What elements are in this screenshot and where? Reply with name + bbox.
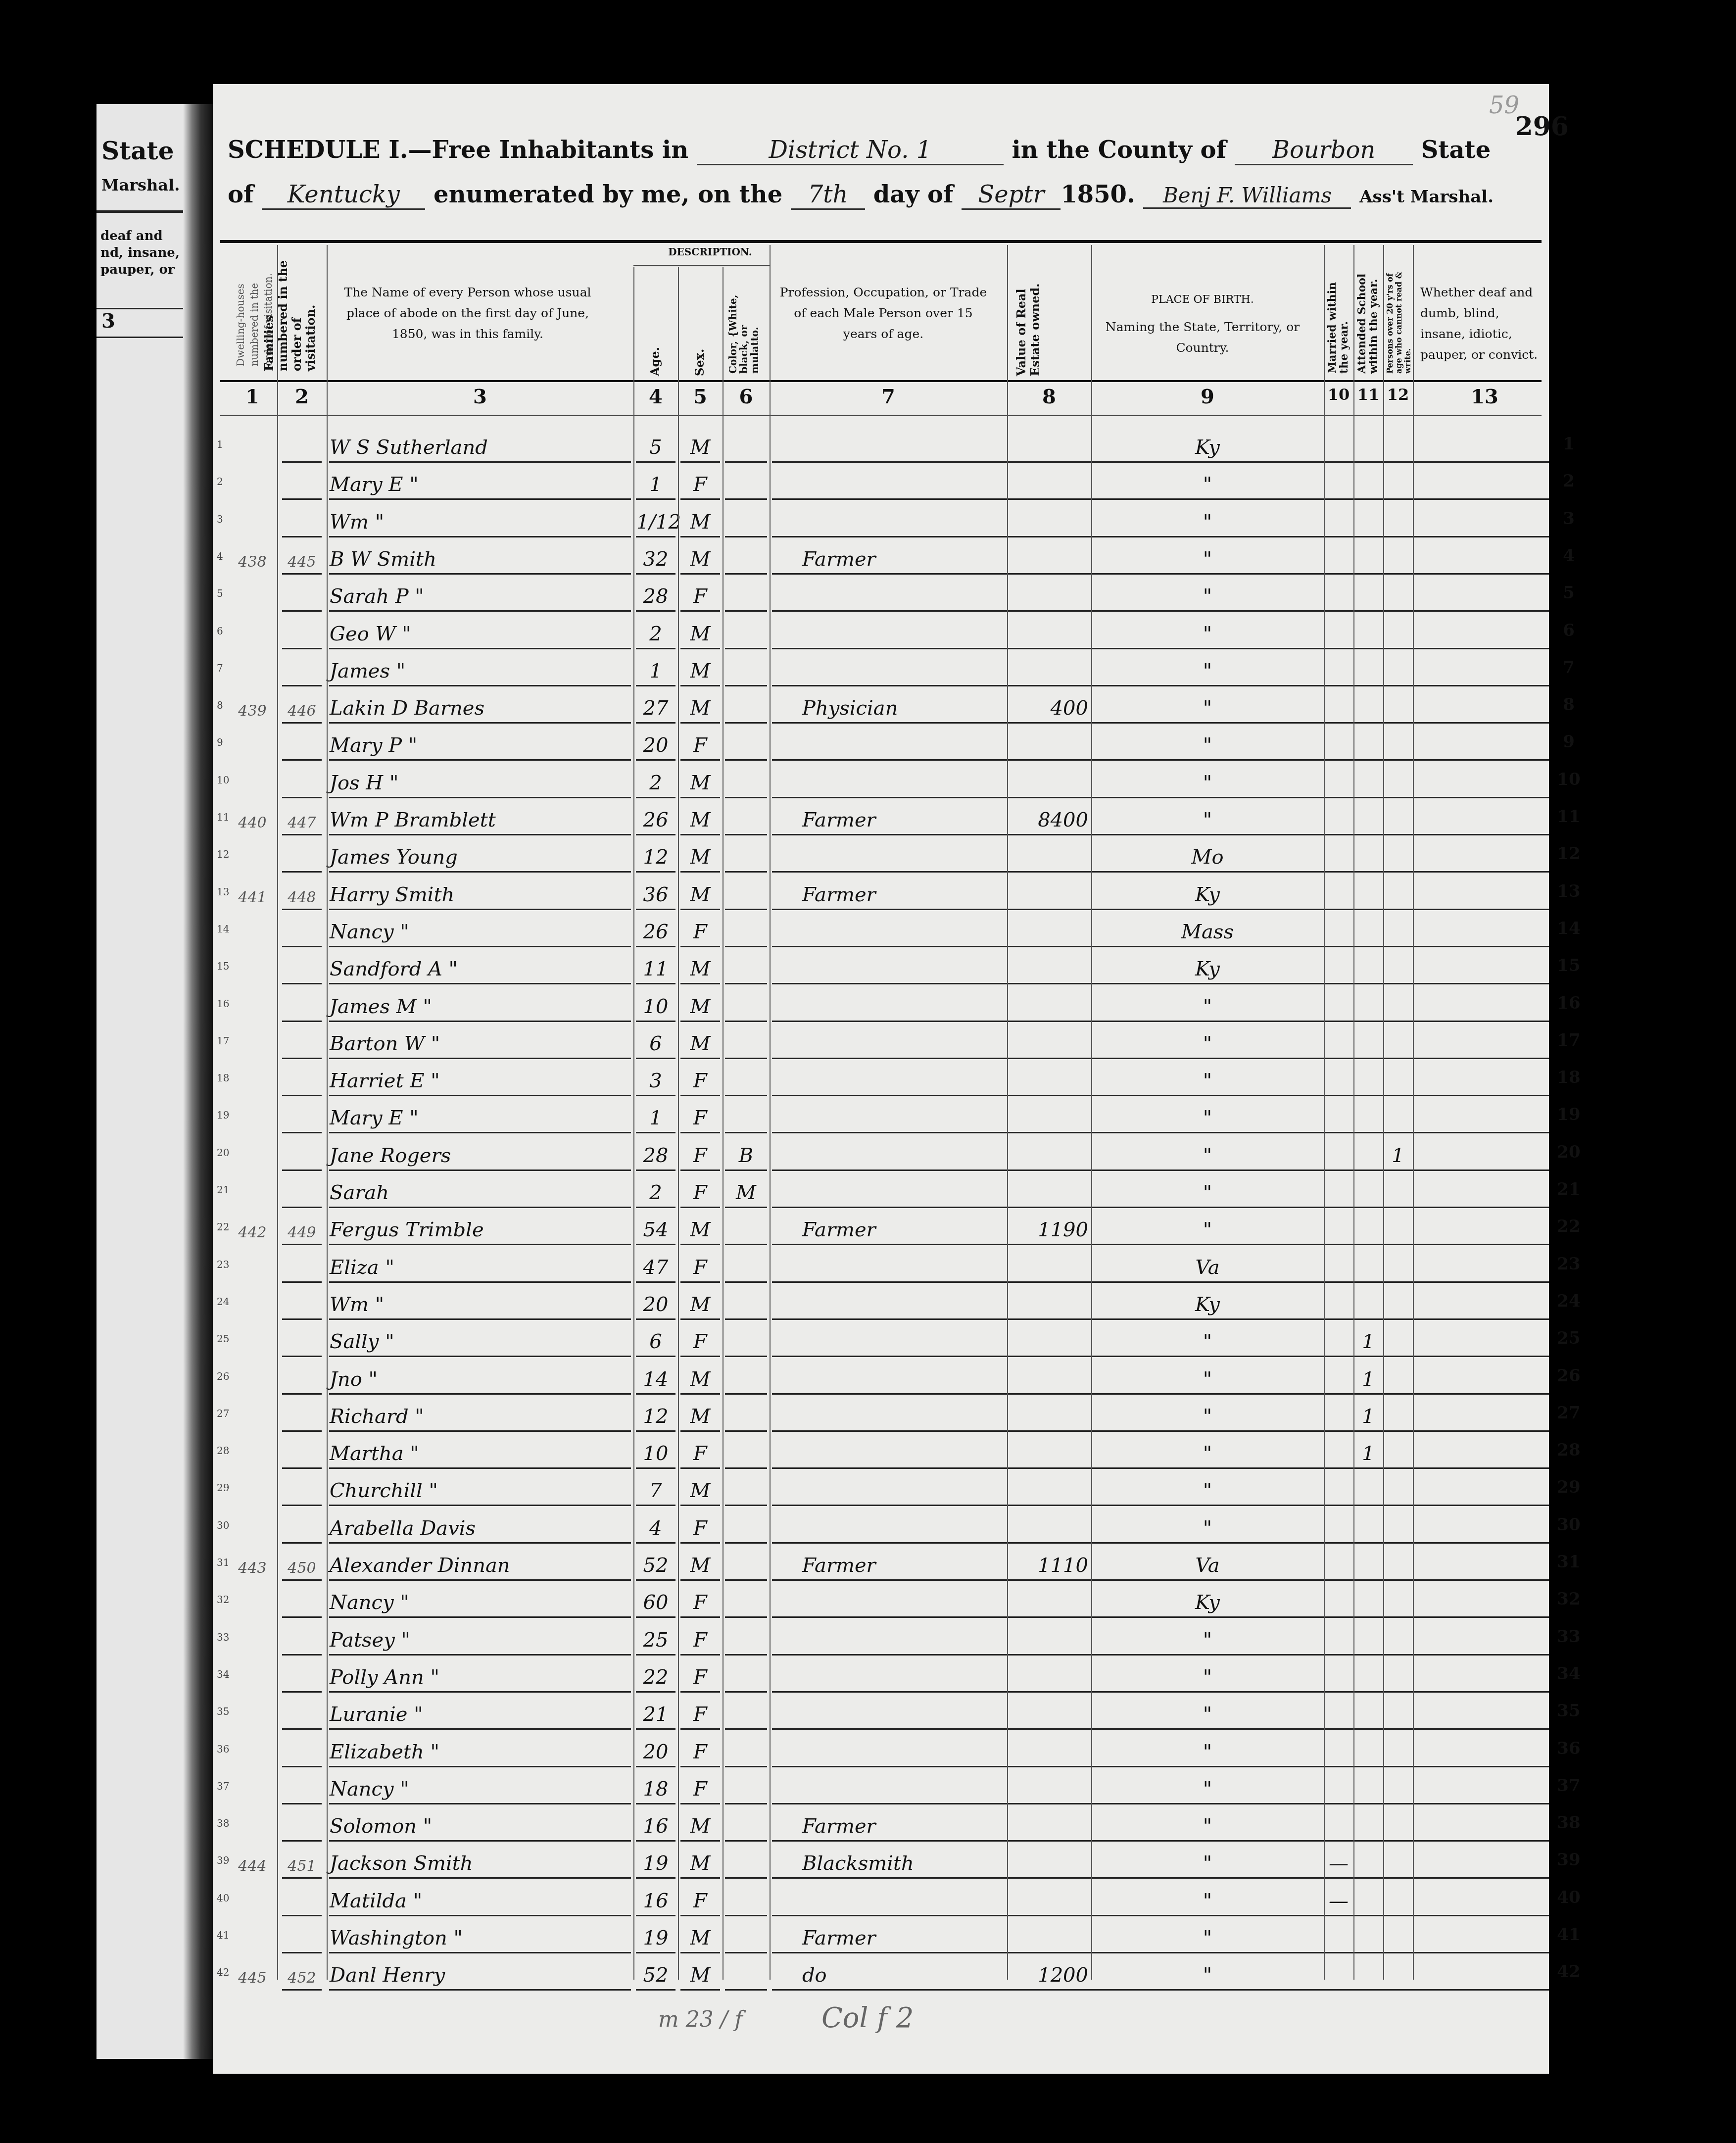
prev-body-rule bbox=[96, 337, 193, 338]
row-line-number: 35 bbox=[1549, 1701, 1589, 1721]
census-row: 18Harriet E "3F"18 bbox=[213, 1059, 1549, 1096]
cell-sex: F bbox=[681, 1181, 720, 1204]
column-divider bbox=[633, 267, 634, 1980]
cell-age: 21 bbox=[636, 1703, 675, 1726]
census-row: 5Sarah P "28F"5 bbox=[213, 575, 1549, 612]
cell-sex: M bbox=[681, 883, 720, 906]
cell-occupation: Farmer bbox=[772, 548, 1034, 571]
cell-sex: F bbox=[681, 1703, 720, 1726]
row-line-number: 26 bbox=[1549, 1366, 1589, 1386]
cell-occupation: Farmer bbox=[772, 1815, 1034, 1838]
census-row: 12James Young12MMo12 bbox=[213, 835, 1549, 873]
cell-name: Barton W " bbox=[330, 1032, 630, 1055]
header-school: Attended School within the year. bbox=[1356, 262, 1380, 374]
row-line-number-left: 4 bbox=[217, 550, 223, 562]
cell-name: Mary E " bbox=[330, 1107, 630, 1129]
prev-header-rule bbox=[96, 210, 193, 213]
row-line-number: 10 bbox=[1549, 770, 1589, 789]
cell-sex: M bbox=[681, 697, 720, 720]
cell-sex: M bbox=[681, 1927, 720, 1949]
cell-age: 16 bbox=[636, 1890, 675, 1912]
state-label: State bbox=[1421, 136, 1491, 164]
cell-birthplace: Ky bbox=[1094, 958, 1321, 980]
schedule-title: SCHEDULE I.—Free Inhabitants in bbox=[228, 136, 688, 164]
cell-occupation: Farmer bbox=[772, 1554, 1034, 1577]
column-number-6: 6 bbox=[723, 385, 770, 408]
cell-birthplace: " bbox=[1094, 1890, 1321, 1912]
census-row: 23Eliza "47FVa23 bbox=[213, 1246, 1549, 1283]
cell-real-estate: 1190 bbox=[1010, 1218, 1088, 1241]
census-row: 31443450Alexander Dinnan52MFarmer1110Va3… bbox=[213, 1544, 1549, 1581]
cell-age: 18 bbox=[636, 1778, 675, 1801]
cell-birthplace: " bbox=[1094, 1032, 1321, 1055]
cell-birthplace: Va bbox=[1094, 1554, 1321, 1577]
cell-birthplace: " bbox=[1094, 1144, 1321, 1167]
cell-name: Jos H " bbox=[330, 772, 630, 794]
row-line-number-left: 9 bbox=[217, 736, 223, 748]
cell-age: 12 bbox=[636, 1405, 675, 1428]
cell-birthplace: " bbox=[1094, 1778, 1321, 1801]
census-row: 16James M "10M"16 bbox=[213, 985, 1549, 1022]
state-field: Kentucky bbox=[262, 181, 425, 210]
census-row: 32Nancy "60FKy32 bbox=[213, 1581, 1549, 1618]
prev-col13-header: deaf and nd, insane, pauper, or bbox=[100, 228, 180, 278]
cell-sex: F bbox=[681, 1144, 720, 1167]
row-line-number: 38 bbox=[1549, 1813, 1589, 1833]
marshal-label: Ass't Marshal. bbox=[1359, 187, 1494, 207]
census-row: 38Solomon "16MFarmer"38 bbox=[213, 1804, 1549, 1842]
row-line-number: 1 bbox=[1549, 434, 1589, 454]
cell-sex: M bbox=[681, 1032, 720, 1055]
cell-sex: F bbox=[681, 1442, 720, 1465]
row-line-number: 8 bbox=[1549, 695, 1589, 715]
column-number-10: 10 bbox=[1324, 385, 1353, 404]
column-divider bbox=[723, 267, 723, 1980]
row-line-number-left: 19 bbox=[217, 1109, 229, 1121]
cell-dwelling: 445 bbox=[231, 1969, 274, 1987]
row-line-number: 21 bbox=[1549, 1179, 1589, 1199]
cell-birthplace: Va bbox=[1094, 1256, 1321, 1279]
cell-sex: F bbox=[681, 1107, 720, 1129]
cell-real-estate: 1110 bbox=[1010, 1554, 1088, 1577]
cell-age: 52 bbox=[636, 1554, 675, 1577]
row-rule bbox=[282, 1989, 322, 1991]
row-rule bbox=[725, 1989, 767, 1991]
row-line-number-left: 3 bbox=[217, 513, 223, 525]
cell-birthplace: " bbox=[1094, 511, 1321, 534]
row-line-number-left: 16 bbox=[217, 998, 229, 1010]
header-illiterate: Persons over 20 y'rs of age who cannot r… bbox=[1386, 260, 1412, 374]
cell-sex: F bbox=[681, 585, 720, 608]
cell-age: 11 bbox=[636, 958, 675, 980]
column-number-7: 7 bbox=[770, 385, 1007, 408]
census-row: 28Martha "10F"128 bbox=[213, 1432, 1549, 1469]
row-line-number-left: 38 bbox=[217, 1817, 229, 1829]
census-row: 27Richard "12M"127 bbox=[213, 1395, 1549, 1432]
census-page: 59 296 SCHEDULE I.—Free Inhabitants in D… bbox=[213, 84, 1549, 2074]
row-line-number: 6 bbox=[1549, 621, 1589, 640]
cell-name: Elizabeth " bbox=[330, 1741, 630, 1763]
cell-occupation: do bbox=[772, 1964, 1034, 1987]
row-line-number-left: 36 bbox=[217, 1743, 229, 1755]
census-row: 26Jno "14M"126 bbox=[213, 1358, 1549, 1395]
cell-name: Geo W " bbox=[330, 623, 630, 645]
cell-birthplace: " bbox=[1094, 1927, 1321, 1949]
cell-birthplace: " bbox=[1094, 1479, 1321, 1502]
cell-color: B bbox=[725, 1144, 767, 1167]
row-line-number: 40 bbox=[1549, 1888, 1589, 1907]
row-line-number-left: 24 bbox=[217, 1296, 229, 1308]
census-row: 41Washington "19MFarmer"41 bbox=[213, 1916, 1549, 1953]
row-rule bbox=[772, 1989, 1549, 1991]
cell-age: 1 bbox=[636, 660, 675, 682]
cell-birthplace: " bbox=[1094, 1218, 1321, 1241]
cell-sex: F bbox=[681, 1629, 720, 1652]
cell-birthplace: " bbox=[1094, 734, 1321, 757]
cell-name: Polly Ann " bbox=[330, 1666, 630, 1689]
cell-birthplace: Mass bbox=[1094, 921, 1321, 943]
cell-name: Eliza " bbox=[330, 1256, 630, 1279]
cell-sex: F bbox=[681, 1778, 720, 1801]
cell-name: Nancy " bbox=[330, 921, 630, 943]
header-occupation: Profession, Occupation, or Trade of each… bbox=[779, 282, 987, 344]
column-number-12: 12 bbox=[1383, 385, 1413, 404]
row-line-number-left: 42 bbox=[217, 1966, 229, 1978]
census-row: 25Sally "6F"125 bbox=[213, 1320, 1549, 1357]
cell-birthplace: " bbox=[1094, 1330, 1321, 1353]
column-divider bbox=[327, 245, 328, 1980]
header-deaf-dumb: Whether deaf and dumb, blind, insane, id… bbox=[1420, 282, 1544, 365]
row-line-number: 19 bbox=[1549, 1105, 1589, 1124]
row-line-number-left: 17 bbox=[217, 1035, 229, 1047]
cell-occupation: Farmer bbox=[772, 809, 1034, 831]
cell-birthplace: " bbox=[1094, 697, 1321, 720]
column-number-9: 9 bbox=[1091, 385, 1324, 408]
cell-occupation: Blacksmith bbox=[772, 1852, 1034, 1875]
cell-birthplace: " bbox=[1094, 1852, 1321, 1875]
column-divider bbox=[1413, 245, 1414, 1980]
census-row: 7James "1M"7 bbox=[213, 649, 1549, 686]
cell-name: James " bbox=[330, 660, 630, 682]
row-line-number-left: 32 bbox=[217, 1594, 229, 1606]
cell-sex: M bbox=[681, 809, 720, 831]
cell-age: 19 bbox=[636, 1927, 675, 1949]
cell-name: Harry Smith bbox=[330, 883, 630, 906]
cell-sex: M bbox=[681, 548, 720, 571]
census-row: 34Polly Ann "22F"34 bbox=[213, 1656, 1549, 1693]
cell-sex: M bbox=[681, 660, 720, 682]
enumerated-label: enumerated by me, on the bbox=[434, 181, 782, 208]
cell-age: 26 bbox=[636, 809, 675, 831]
title-line-1: SCHEDULE I.—Free Inhabitants in District… bbox=[228, 136, 1491, 165]
prev-state-label: State bbox=[101, 136, 174, 165]
row-line-number: 9 bbox=[1549, 732, 1589, 752]
row-line-number-left: 29 bbox=[217, 1482, 229, 1494]
cell-dwelling: 443 bbox=[231, 1559, 274, 1577]
cell-dwelling: 444 bbox=[231, 1857, 274, 1875]
cell-birthplace: " bbox=[1094, 1405, 1321, 1428]
cell-name: Danl Henry bbox=[330, 1964, 630, 1987]
cell-birthplace: Ky bbox=[1094, 1591, 1321, 1614]
row-line-number: 12 bbox=[1549, 844, 1589, 864]
census-row: 8439446Lakin D Barnes27MPhysician400"8 bbox=[213, 686, 1549, 724]
cell-age: 10 bbox=[636, 1442, 675, 1465]
census-row: 33Patsey "25F"33 bbox=[213, 1618, 1549, 1656]
cell-name: Washington " bbox=[330, 1927, 630, 1949]
column-number-8: 8 bbox=[1007, 385, 1091, 408]
column-number-5: 5 bbox=[678, 385, 723, 408]
cell-age: 2 bbox=[636, 623, 675, 645]
cell-name: Nancy " bbox=[330, 1778, 630, 1801]
census-row: 30Arabella Davis4F"30 bbox=[213, 1507, 1549, 1544]
footer-tally: m 23 / f bbox=[658, 2007, 743, 2032]
row-rule bbox=[329, 1989, 631, 1991]
row-line-number-left: 39 bbox=[217, 1854, 229, 1866]
cell-name: Harriet E " bbox=[330, 1070, 630, 1092]
row-line-number: 31 bbox=[1549, 1552, 1589, 1572]
cell-sex: F bbox=[681, 1517, 720, 1540]
cell-school: 1 bbox=[1356, 1368, 1380, 1391]
cell-birthplace: " bbox=[1094, 809, 1321, 831]
cell-sex: F bbox=[681, 1666, 720, 1689]
row-line-number: 30 bbox=[1549, 1515, 1589, 1535]
cell-birthplace: " bbox=[1094, 1070, 1321, 1092]
column-number-13: 13 bbox=[1413, 385, 1556, 408]
row-line-number-left: 13 bbox=[217, 886, 229, 898]
cell-age: 28 bbox=[636, 1144, 675, 1167]
row-line-number: 14 bbox=[1549, 919, 1589, 938]
cell-dwelling: 438 bbox=[231, 553, 274, 571]
cell-sex: M bbox=[681, 511, 720, 534]
row-line-number: 17 bbox=[1549, 1030, 1589, 1050]
header-married: Married within the year. bbox=[1326, 262, 1350, 374]
census-row: 36Elizabeth "20F"36 bbox=[213, 1730, 1549, 1767]
cell-real-estate: 8400 bbox=[1010, 809, 1088, 831]
cell-sex: F bbox=[681, 1741, 720, 1763]
census-row: 37Nancy "18F"37 bbox=[213, 1767, 1549, 1804]
cell-age: 4 bbox=[636, 1517, 675, 1540]
row-line-number-left: 2 bbox=[217, 476, 223, 487]
row-line-number-left: 21 bbox=[217, 1184, 229, 1196]
row-line-number-left: 6 bbox=[217, 625, 223, 637]
row-line-number: 41 bbox=[1549, 1925, 1589, 1945]
cell-name: B W Smith bbox=[330, 548, 630, 571]
row-line-number-left: 10 bbox=[217, 774, 229, 786]
cell-dwelling: 440 bbox=[231, 814, 274, 831]
cell-birthplace: " bbox=[1094, 1368, 1321, 1391]
cell-age: 26 bbox=[636, 921, 675, 943]
row-line-number: 5 bbox=[1549, 583, 1589, 603]
row-line-number-left: 23 bbox=[217, 1259, 229, 1270]
row-line-number-left: 18 bbox=[217, 1072, 229, 1084]
cell-name: Mary E " bbox=[330, 473, 630, 496]
census-row: 15Sandford A "11MKy15 bbox=[213, 947, 1549, 984]
cell-occupation: Farmer bbox=[772, 1927, 1034, 1949]
column-divider bbox=[277, 245, 278, 1980]
header-real-estate: Value of Real Estate owned. bbox=[1014, 257, 1042, 376]
cell-birthplace: " bbox=[1094, 1666, 1321, 1689]
cell-name: Lakin D Barnes bbox=[330, 697, 630, 720]
cell-birthplace: " bbox=[1094, 548, 1321, 571]
cell-sex: M bbox=[681, 1852, 720, 1875]
cell-occupation: Farmer bbox=[772, 883, 1034, 906]
cell-name: Fergus Trimble bbox=[330, 1218, 630, 1241]
cell-name: Nancy " bbox=[330, 1591, 630, 1614]
cell-age: 12 bbox=[636, 846, 675, 869]
cell-age: 27 bbox=[636, 697, 675, 720]
census-row: 10Jos H "2M"10 bbox=[213, 761, 1549, 798]
cell-school: 1 bbox=[1356, 1330, 1380, 1353]
column-divider bbox=[1383, 245, 1384, 1980]
census-row: 6Geo W "2M"6 bbox=[213, 612, 1549, 649]
cell-age: 1 bbox=[636, 473, 675, 496]
cell-age: 54 bbox=[636, 1218, 675, 1241]
cell-sex: M bbox=[681, 623, 720, 645]
cell-family: 451 bbox=[280, 1857, 324, 1875]
cell-age: 10 bbox=[636, 995, 675, 1018]
cell-family: 448 bbox=[280, 889, 324, 906]
column-number-4: 4 bbox=[633, 385, 678, 408]
census-row: 29Churchill "7M"29 bbox=[213, 1469, 1549, 1506]
row-line-number-left: 12 bbox=[217, 848, 229, 860]
row-line-number: 2 bbox=[1549, 471, 1589, 491]
row-line-number-left: 37 bbox=[217, 1780, 229, 1792]
row-line-number: 37 bbox=[1549, 1776, 1589, 1796]
cell-birthplace: " bbox=[1094, 1741, 1321, 1763]
row-line-number: 42 bbox=[1549, 1962, 1589, 1982]
cell-name: Sarah bbox=[330, 1181, 630, 1204]
cell-age: 20 bbox=[636, 1741, 675, 1763]
row-line-number-left: 28 bbox=[217, 1445, 229, 1457]
cell-name: Sarah P " bbox=[330, 585, 630, 608]
cell-family: 447 bbox=[280, 814, 324, 831]
previous-page-fragment: State Marshal. deaf and nd, insane, paup… bbox=[96, 104, 193, 2059]
census-row: 4438445B W Smith32MFarmer"4 bbox=[213, 537, 1549, 575]
cell-school: 1 bbox=[1356, 1442, 1380, 1465]
column-number-11: 11 bbox=[1353, 385, 1383, 404]
census-row: 42445452Danl Henry52Mdo1200"42 bbox=[213, 1953, 1549, 1991]
cell-birthplace: " bbox=[1094, 660, 1321, 682]
census-row: 9Mary P "20F"9 bbox=[213, 724, 1549, 761]
column-number-1: 1 bbox=[228, 385, 277, 408]
cell-birthplace: " bbox=[1094, 473, 1321, 496]
cell-sex: F bbox=[681, 921, 720, 943]
census-row: 11440447Wm P Bramblett26MFarmer8400"11 bbox=[213, 798, 1549, 835]
cell-name: W S Sutherland bbox=[330, 436, 630, 459]
cell-birthplace: " bbox=[1094, 1107, 1321, 1129]
census-row: 13441448Harry Smith36MFarmerKy13 bbox=[213, 873, 1549, 910]
row-line-number: 11 bbox=[1549, 807, 1589, 827]
row-line-number: 27 bbox=[1549, 1403, 1589, 1423]
cell-name: Sally " bbox=[330, 1330, 630, 1353]
marshal-name-field: Benj F. Williams bbox=[1143, 183, 1351, 209]
year-label: 1850. bbox=[1061, 181, 1135, 208]
cell-dwelling: 441 bbox=[231, 889, 274, 906]
row-line-number: 7 bbox=[1549, 658, 1589, 678]
row-line-number-left: 20 bbox=[217, 1147, 229, 1159]
cell-sex: M bbox=[681, 436, 720, 459]
description-rule bbox=[633, 265, 770, 266]
cell-sex: F bbox=[681, 734, 720, 757]
month-field: Septr bbox=[962, 181, 1061, 210]
title-line-2: of Kentucky enumerated by me, on the 7th… bbox=[228, 181, 1494, 210]
row-line-number: 24 bbox=[1549, 1291, 1589, 1311]
census-row: 20Jane Rogers28FB"120 bbox=[213, 1134, 1549, 1171]
cell-age: 28 bbox=[636, 585, 675, 608]
row-line-number-left: 30 bbox=[217, 1519, 229, 1531]
cell-name: Sandford A " bbox=[330, 958, 630, 980]
cell-age: 1 bbox=[636, 1107, 675, 1129]
row-line-number: 25 bbox=[1549, 1328, 1589, 1348]
header-top-rule bbox=[220, 240, 1542, 243]
row-line-number-left: 8 bbox=[217, 699, 223, 711]
census-row: 17Barton W "6M"17 bbox=[213, 1022, 1549, 1059]
cell-family: 449 bbox=[280, 1224, 324, 1241]
census-row: 21Sarah2FM"21 bbox=[213, 1171, 1549, 1208]
cell-name: Matilda " bbox=[330, 1890, 630, 1912]
cell-age: 7 bbox=[636, 1479, 675, 1502]
row-rule bbox=[636, 1989, 675, 1991]
cell-birthplace: Ky bbox=[1094, 1293, 1321, 1316]
header-family: Families numbered in the order of visita… bbox=[262, 255, 318, 371]
cell-sex: M bbox=[681, 772, 720, 794]
cell-birthplace: " bbox=[1094, 1442, 1321, 1465]
cell-age: 6 bbox=[636, 1032, 675, 1055]
cell-age: 22 bbox=[636, 1666, 675, 1689]
cell-name: Solomon " bbox=[330, 1815, 630, 1838]
cell-age: 14 bbox=[636, 1368, 675, 1391]
cell-sex: F bbox=[681, 1070, 720, 1092]
cell-family: 452 bbox=[280, 1969, 324, 1987]
cell-sex: M bbox=[681, 1554, 720, 1577]
header-description: DESCRIPTION. bbox=[643, 242, 777, 262]
row-line-number-left: 34 bbox=[217, 1668, 229, 1680]
cell-family: 445 bbox=[280, 553, 324, 571]
cell-birthplace: Mo bbox=[1094, 846, 1321, 869]
cell-age: 3 bbox=[636, 1070, 675, 1092]
cell-sex: F bbox=[681, 1256, 720, 1279]
footer-colored-tally: Col f 2 bbox=[821, 2002, 914, 2034]
column-divider bbox=[1353, 245, 1354, 1980]
cell-age: 20 bbox=[636, 734, 675, 757]
row-rule bbox=[680, 1989, 720, 1991]
column-divider bbox=[1324, 245, 1325, 1980]
census-row: 14Nancy "26FMass14 bbox=[213, 910, 1549, 947]
row-line-number-left: 33 bbox=[217, 1631, 229, 1643]
column-divider bbox=[770, 245, 771, 1980]
row-line-number: 4 bbox=[1549, 546, 1589, 566]
county-field: Bourbon bbox=[1235, 136, 1413, 165]
district-field: District No. 1 bbox=[697, 136, 1004, 165]
cell-birthplace: " bbox=[1094, 1964, 1321, 1987]
row-line-number: 33 bbox=[1549, 1627, 1589, 1647]
cell-age: 2 bbox=[636, 772, 675, 794]
row-line-number-left: 41 bbox=[217, 1929, 229, 1941]
cell-name: Wm " bbox=[330, 511, 630, 534]
census-row: 3Wm "1/12M"3 bbox=[213, 500, 1549, 537]
cell-real-estate: 1200 bbox=[1010, 1964, 1088, 1987]
page-number: 296 bbox=[1515, 111, 1569, 142]
census-row: 40Matilda "16F"—40 bbox=[213, 1879, 1549, 1916]
header-age: Age. bbox=[648, 332, 662, 376]
cell-sex: F bbox=[681, 1890, 720, 1912]
cell-name: Alexander Dinnan bbox=[330, 1554, 630, 1577]
cell-age: 5 bbox=[636, 436, 675, 459]
cell-age: 20 bbox=[636, 1293, 675, 1316]
cell-age: 19 bbox=[636, 1852, 675, 1875]
header-birthplace: Naming the State, Territory, or Country. bbox=[1099, 317, 1306, 358]
row-line-number: 22 bbox=[1549, 1217, 1589, 1236]
